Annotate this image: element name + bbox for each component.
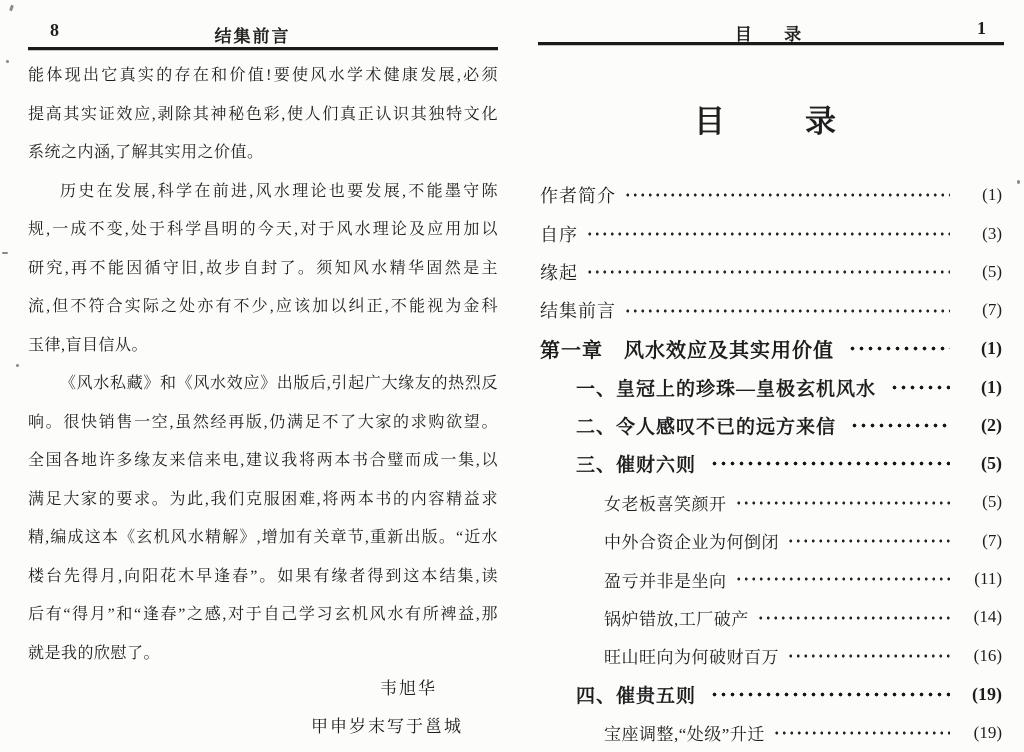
toc-entry-page: (1) <box>958 377 1002 398</box>
scanned-book-spread: { "left_page": { "page_number": "8", "he… <box>0 0 1024 752</box>
dot-leader <box>773 713 950 751</box>
toc-entry-page: (19) <box>958 723 1002 743</box>
body-line: 能体现出它真实的存在和价值!要使风水学术健康发展,必须 <box>28 57 498 96</box>
toc-entry-page: (5) <box>958 453 1002 474</box>
toc-entry-section: 一、皇冠上的珍珠—皇极玄机风水 (1) <box>540 368 1002 406</box>
dot-leader <box>890 368 950 406</box>
body-line: 规,一成不变,处于科学昌明的今天,对于风水理论及应用加以 <box>28 211 498 250</box>
toc-entry-label: 缘起 <box>540 259 578 285</box>
toc-entry-page: (14) <box>958 607 1002 627</box>
toc-list: 作者简介 (1) 自序 (3) 缘起 (5) 结集前言 (7) 第一章 风水效应… <box>540 176 1002 752</box>
toc-entry: 作者简介 (1) <box>540 176 1002 214</box>
toc-entry-label: 三、催财六则 <box>576 450 696 477</box>
toc-entry-case: 旺山旺向为何破财百万 (16) <box>540 637 1002 675</box>
body-line: 满足大家的要求。为此,我们克服困难,将两本书的内容精益求 <box>28 481 498 520</box>
toc-entry-label: 女老板喜笑颜开 <box>604 490 727 515</box>
toc-entry-page: (7) <box>958 300 1002 320</box>
toc-entry-page: (19) <box>958 684 1002 705</box>
body-line: 历史在发展,科学在前进,风水理论也要发展,不能墨守陈 <box>28 173 498 212</box>
dot-leader <box>848 330 950 368</box>
dot-leader <box>757 598 950 636</box>
toc-entry-section: 三、催财六则 (5) <box>540 445 1002 483</box>
toc-entry-page: (1) <box>958 338 1002 359</box>
toc-entry-page: (1) <box>958 185 1002 205</box>
toc-entry-page: (5) <box>958 492 1002 512</box>
toc-entry-page: (16) <box>958 646 1002 666</box>
scan-speck <box>1017 180 1020 184</box>
toc-entry-label: 锅炉错放,工厂破产 <box>604 605 749 630</box>
dot-leader <box>586 253 950 291</box>
toc-entry-label: 宝座调整,“处级”升迁 <box>604 720 765 745</box>
toc-entry: 自序 (3) <box>540 214 1002 252</box>
toc-entry-label: 自序 <box>540 221 578 247</box>
toc-entry-label: 盈亏并非是坐向 <box>604 567 727 592</box>
body-line: 研究,再不能因循守旧,故步自封了。须知风水精华固然是主 <box>28 250 498 289</box>
toc-entry-label: 旺山旺向为何破财百万 <box>604 643 779 668</box>
dot-leader <box>586 214 950 252</box>
toc-entry-label: 四、催贵五则 <box>576 681 696 708</box>
toc-title: 目 录 <box>512 96 1024 141</box>
left-header-title: 结集前言 <box>0 22 505 47</box>
dot-leader <box>624 291 950 329</box>
toc-entry-label: 结集前言 <box>540 297 616 323</box>
body-line: 《风水私藏》和《风水效应》出版后,引起广大缘友的热烈反 <box>28 365 498 404</box>
toc-entry-page: (7) <box>958 531 1002 551</box>
dot-leader <box>710 445 950 483</box>
dot-leader <box>787 522 950 560</box>
toc-entry-section: 四、催贵五则 (19) <box>540 675 1002 713</box>
toc-entry-page: (5) <box>958 262 1002 282</box>
scan-speck <box>6 60 9 63</box>
toc-entry-case: 中外合资企业为何倒闭 (7) <box>540 522 1002 560</box>
dot-leader <box>710 675 950 713</box>
body-line: 全国各地许多缘友来信来电,建议我将两本书合璧而成一集,以 <box>28 442 498 481</box>
dot-leader <box>735 560 951 598</box>
right-page-number: 1 <box>977 18 986 39</box>
toc-entry-case: 锅炉错放,工厂破产 (14) <box>540 598 1002 636</box>
toc-page: 目 录 1 目 录 作者简介 (1) 自序 (3) 缘起 (5) 结集前言 (7… <box>512 0 1024 752</box>
preface-body: 能体现出它真实的存在和价值!要使风水学术健康发展,必须 提高其实证效应,剥除其神… <box>28 57 498 673</box>
toc-entry-label: 作者简介 <box>540 182 616 208</box>
body-line: 楼台先得月,向阳花木早逢春”。如果有缘者得到这本结集,读 <box>28 558 498 597</box>
dot-leader <box>624 176 950 214</box>
right-header-rule <box>538 42 1004 45</box>
toc-entry-case: 宝座调整,“处级”升迁 (19) <box>540 713 1002 751</box>
dot-leader <box>735 483 951 521</box>
author-signature: 韦旭华 <box>380 674 437 699</box>
left-header-rule <box>28 47 498 50</box>
body-line: 提高其实证效应,剥除其神秘色彩,使人们真正认识其独特文化 <box>28 96 498 135</box>
toc-entry-label: 中外合资企业为何倒闭 <box>604 528 779 553</box>
body-line: 流,但不符合实际之处亦有不少,应该加以纠正,不能视为金科 <box>28 288 498 327</box>
body-line: 系统之内涵,了解其实用之价值。 <box>28 134 498 173</box>
signature-date-place: 甲申岁末写于邕城 <box>311 712 463 737</box>
body-line: 后有“得月”和“逢春”之感,对于自己学习玄机风水有所裨益,那 <box>28 596 498 635</box>
toc-entry-case: 盈亏并非是坐向 (11) <box>540 560 1002 598</box>
scan-speck <box>2 252 8 254</box>
toc-entry-case: 女老板喜笑颜开 (5) <box>540 483 1002 521</box>
toc-entry-label: 第一章 风水效应及其实用价值 <box>540 334 834 363</box>
toc-entry-chapter: 第一章 风水效应及其实用价值 (1) <box>540 330 1002 368</box>
toc-entry: 缘起 (5) <box>540 253 1002 291</box>
toc-entry-label: 一、皇冠上的珍珠—皇极玄机风水 <box>576 374 876 401</box>
body-line: 玉律,盲目信从。 <box>28 327 498 366</box>
body-line: 就是我的欣慰了。 <box>28 635 498 674</box>
toc-entry-page: (11) <box>958 569 1002 589</box>
preface-page: 8 结集前言 能体现出它真实的存在和价值!要使风水学术健康发展,必须 提高其实证… <box>0 0 505 752</box>
toc-entry-section: 二、令人感叹不已的远方来信 (2) <box>540 406 1002 444</box>
toc-entry: 结集前言 (7) <box>540 291 1002 329</box>
dot-leader <box>787 637 950 675</box>
dot-leader <box>850 406 950 444</box>
toc-entry-label: 二、令人感叹不已的远方来信 <box>576 412 836 439</box>
scan-speck <box>16 364 19 367</box>
body-line: 精,编成这本《玄机风水精解》,增加有关章节,重新出版。“近水 <box>28 519 498 558</box>
body-line: 响。很快销售一空,虽然经再版,仍满足不了大家的求购欲望。 <box>28 404 498 443</box>
toc-entry-page: (3) <box>958 224 1002 244</box>
toc-entry-page: (2) <box>958 415 1002 436</box>
